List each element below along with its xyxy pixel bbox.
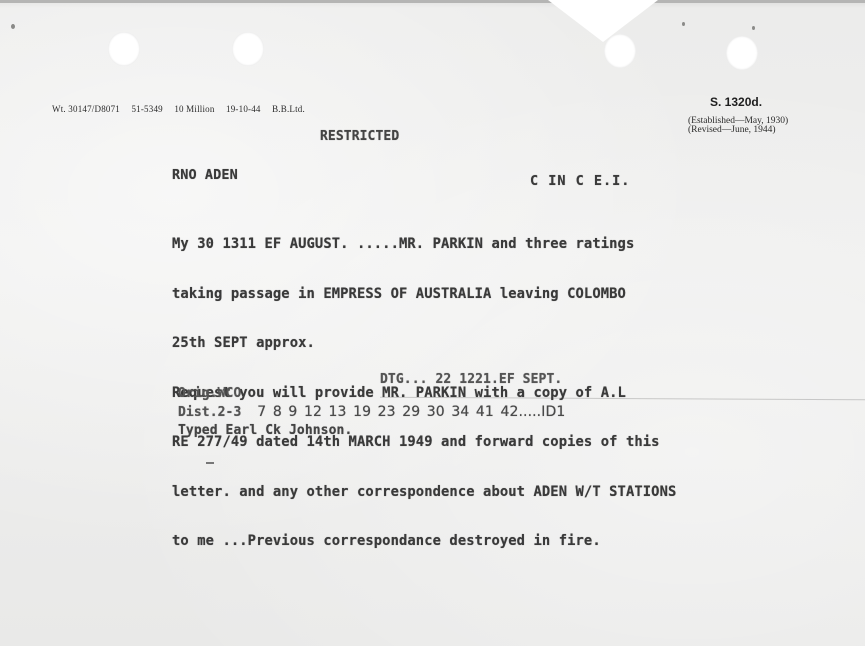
message-from: RNO ADEN <box>172 167 238 183</box>
date-time-group: DTG... 22 1221.EF SEPT. <box>380 372 562 387</box>
classification-label: RESTRICTED <box>320 129 399 144</box>
typed-dash-mark <box>206 462 214 464</box>
message-body: My 30 1311 EF AUGUST. .....MR. PARKIN an… <box>172 203 676 583</box>
distribution-label: Dist.2-3 <box>178 405 241 420</box>
body-line: My 30 1311 EF AUGUST. .....MR. PARKIN an… <box>172 236 676 253</box>
paper-tear <box>548 0 658 42</box>
body-line: 25th SEPT approx. <box>172 335 676 352</box>
message-to: C IN C E.I. <box>530 173 630 189</box>
paper-top-edge <box>0 0 865 3</box>
printer-code: Wt. 30147/D8071 51-5349 10 Million 19-10… <box>52 104 314 114</box>
form-revised-date: (Revised—June, 1944) <box>688 125 776 135</box>
printer-code-part: B.B.Ltd. <box>272 104 305 114</box>
document-page: Wt. 30147/D8071 51-5349 10 Million 19-10… <box>0 0 865 646</box>
originator: Orig.WCO <box>178 386 241 401</box>
distribution-list: Dist.2-3 7 8 9 12 13 19 23 29 30 34 41 4… <box>178 404 565 420</box>
body-line: letter. and any other correspondence abo… <box>172 484 676 501</box>
distribution-numbers: 7 8 9 12 13 19 23 29 30 34 41 42.....ID1 <box>257 404 565 420</box>
printer-code-part: 51-5349 <box>131 104 162 114</box>
ink-speck <box>682 22 685 26</box>
punch-hole <box>108 32 140 66</box>
ink-speck <box>752 26 755 30</box>
printer-code-part: 19-10-44 <box>226 104 261 114</box>
punch-hole <box>604 34 636 68</box>
typist-line: Typed Earl Ck Johnson. <box>178 423 352 438</box>
punch-hole <box>232 32 264 66</box>
printer-code-part: Wt. 30147/D8071 <box>52 104 120 114</box>
punch-hole <box>726 36 758 70</box>
body-line: to me ...Previous correspondance destroy… <box>172 533 676 550</box>
form-number: S. 1320d. <box>710 95 762 109</box>
body-line: taking passage in EMPRESS OF AUSTRALIA l… <box>172 286 676 303</box>
printer-code-part: 10 Million <box>174 104 214 114</box>
ink-speck <box>11 24 15 29</box>
